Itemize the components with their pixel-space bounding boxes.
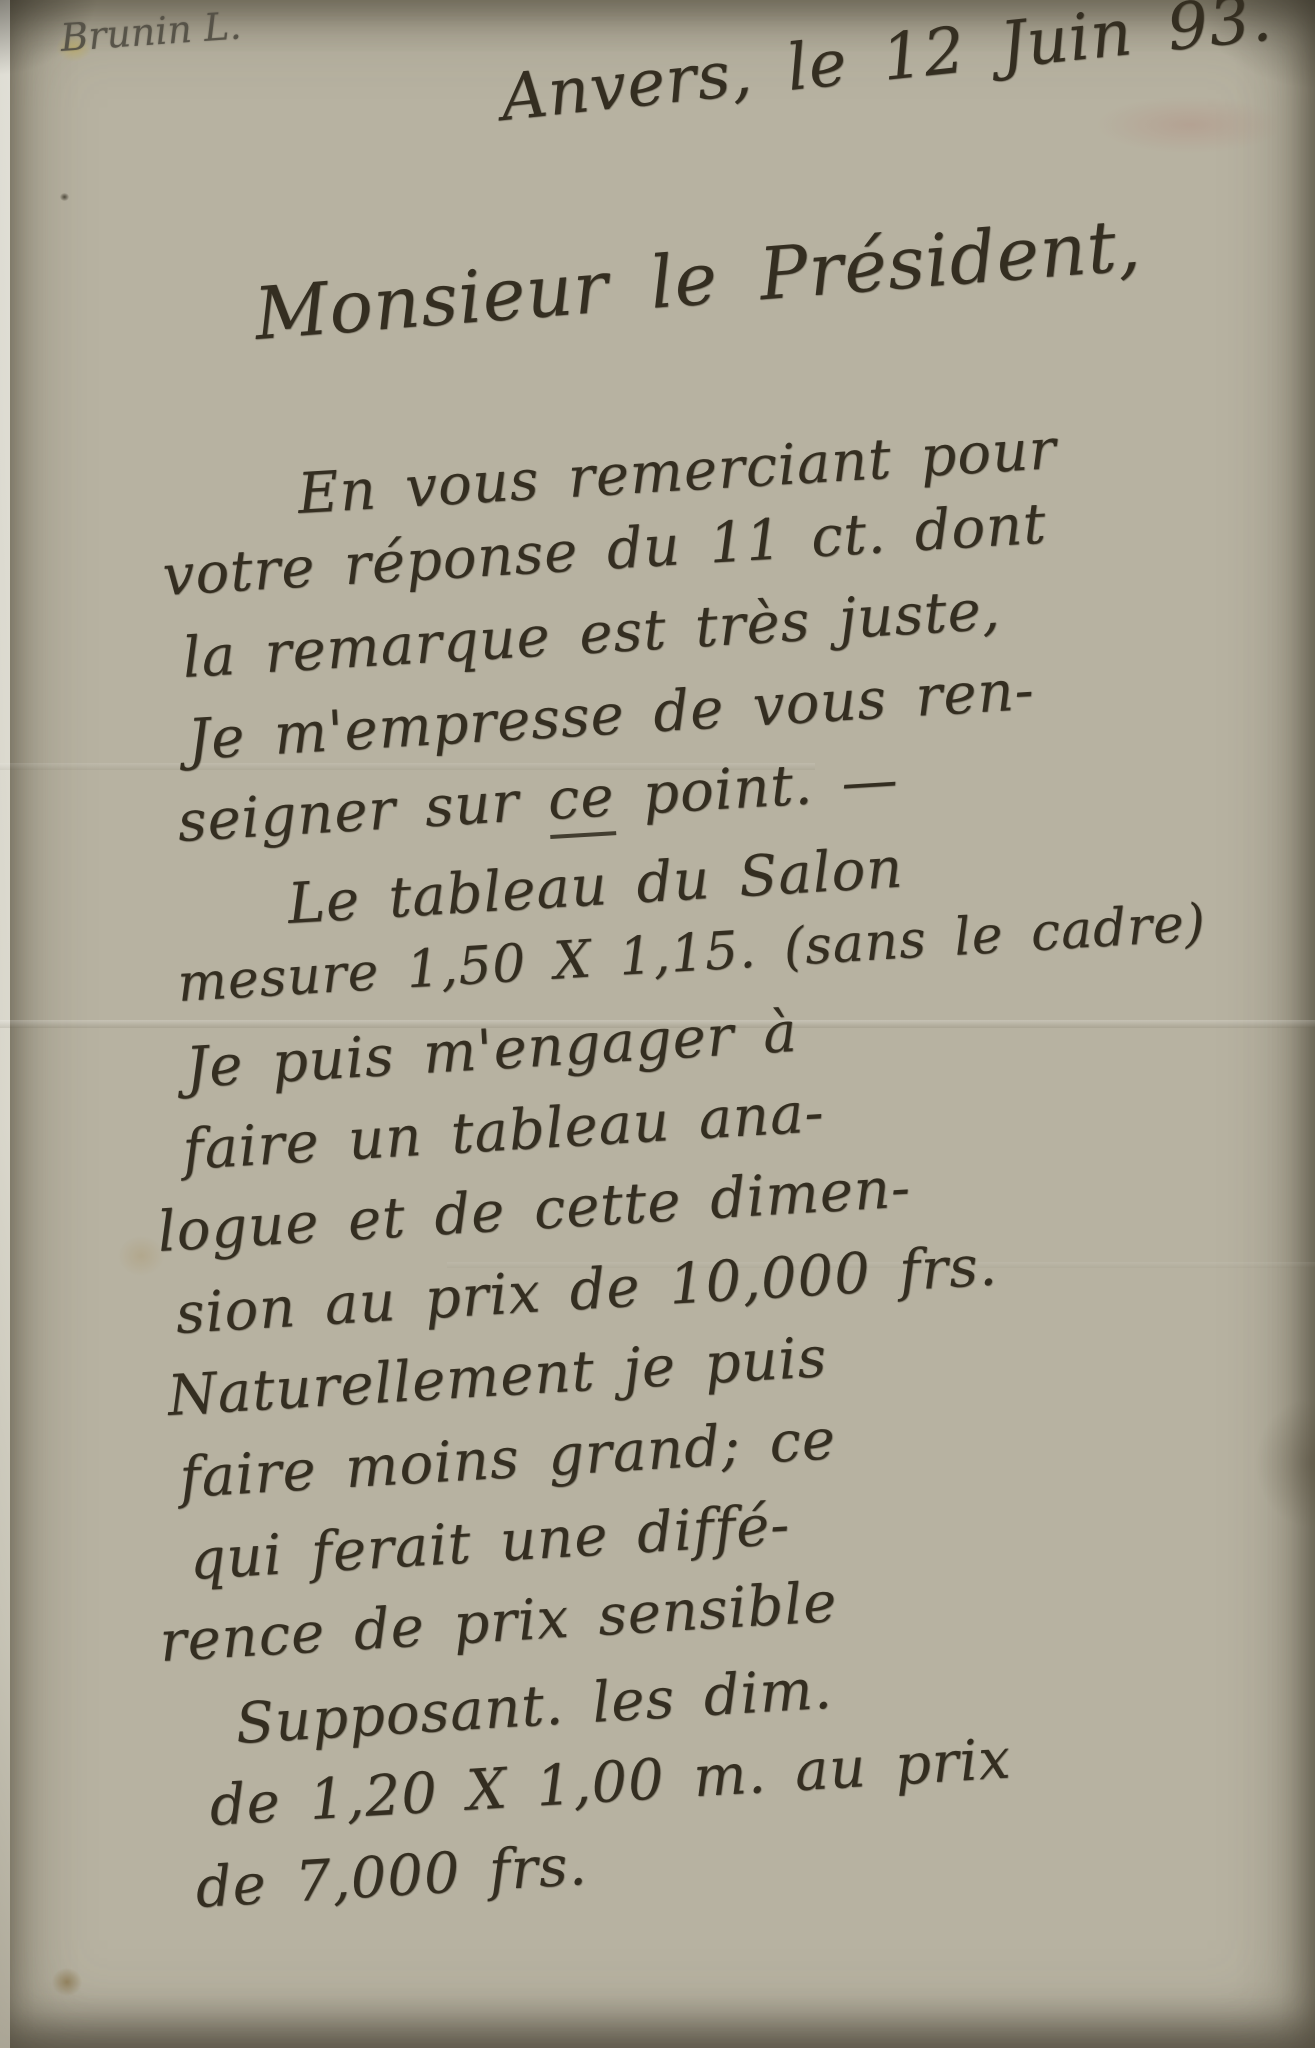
letter-body: En vous remerciant pour votre réponse du…	[0, 462, 1315, 1938]
stain	[60, 193, 69, 201]
underlined-word: ce	[546, 764, 617, 839]
stain	[1095, 96, 1285, 154]
stain	[52, 1968, 82, 1996]
letter-photo: Brunin L. Anvers, le 12 Juin 93. Monsieu…	[0, 0, 1315, 2048]
